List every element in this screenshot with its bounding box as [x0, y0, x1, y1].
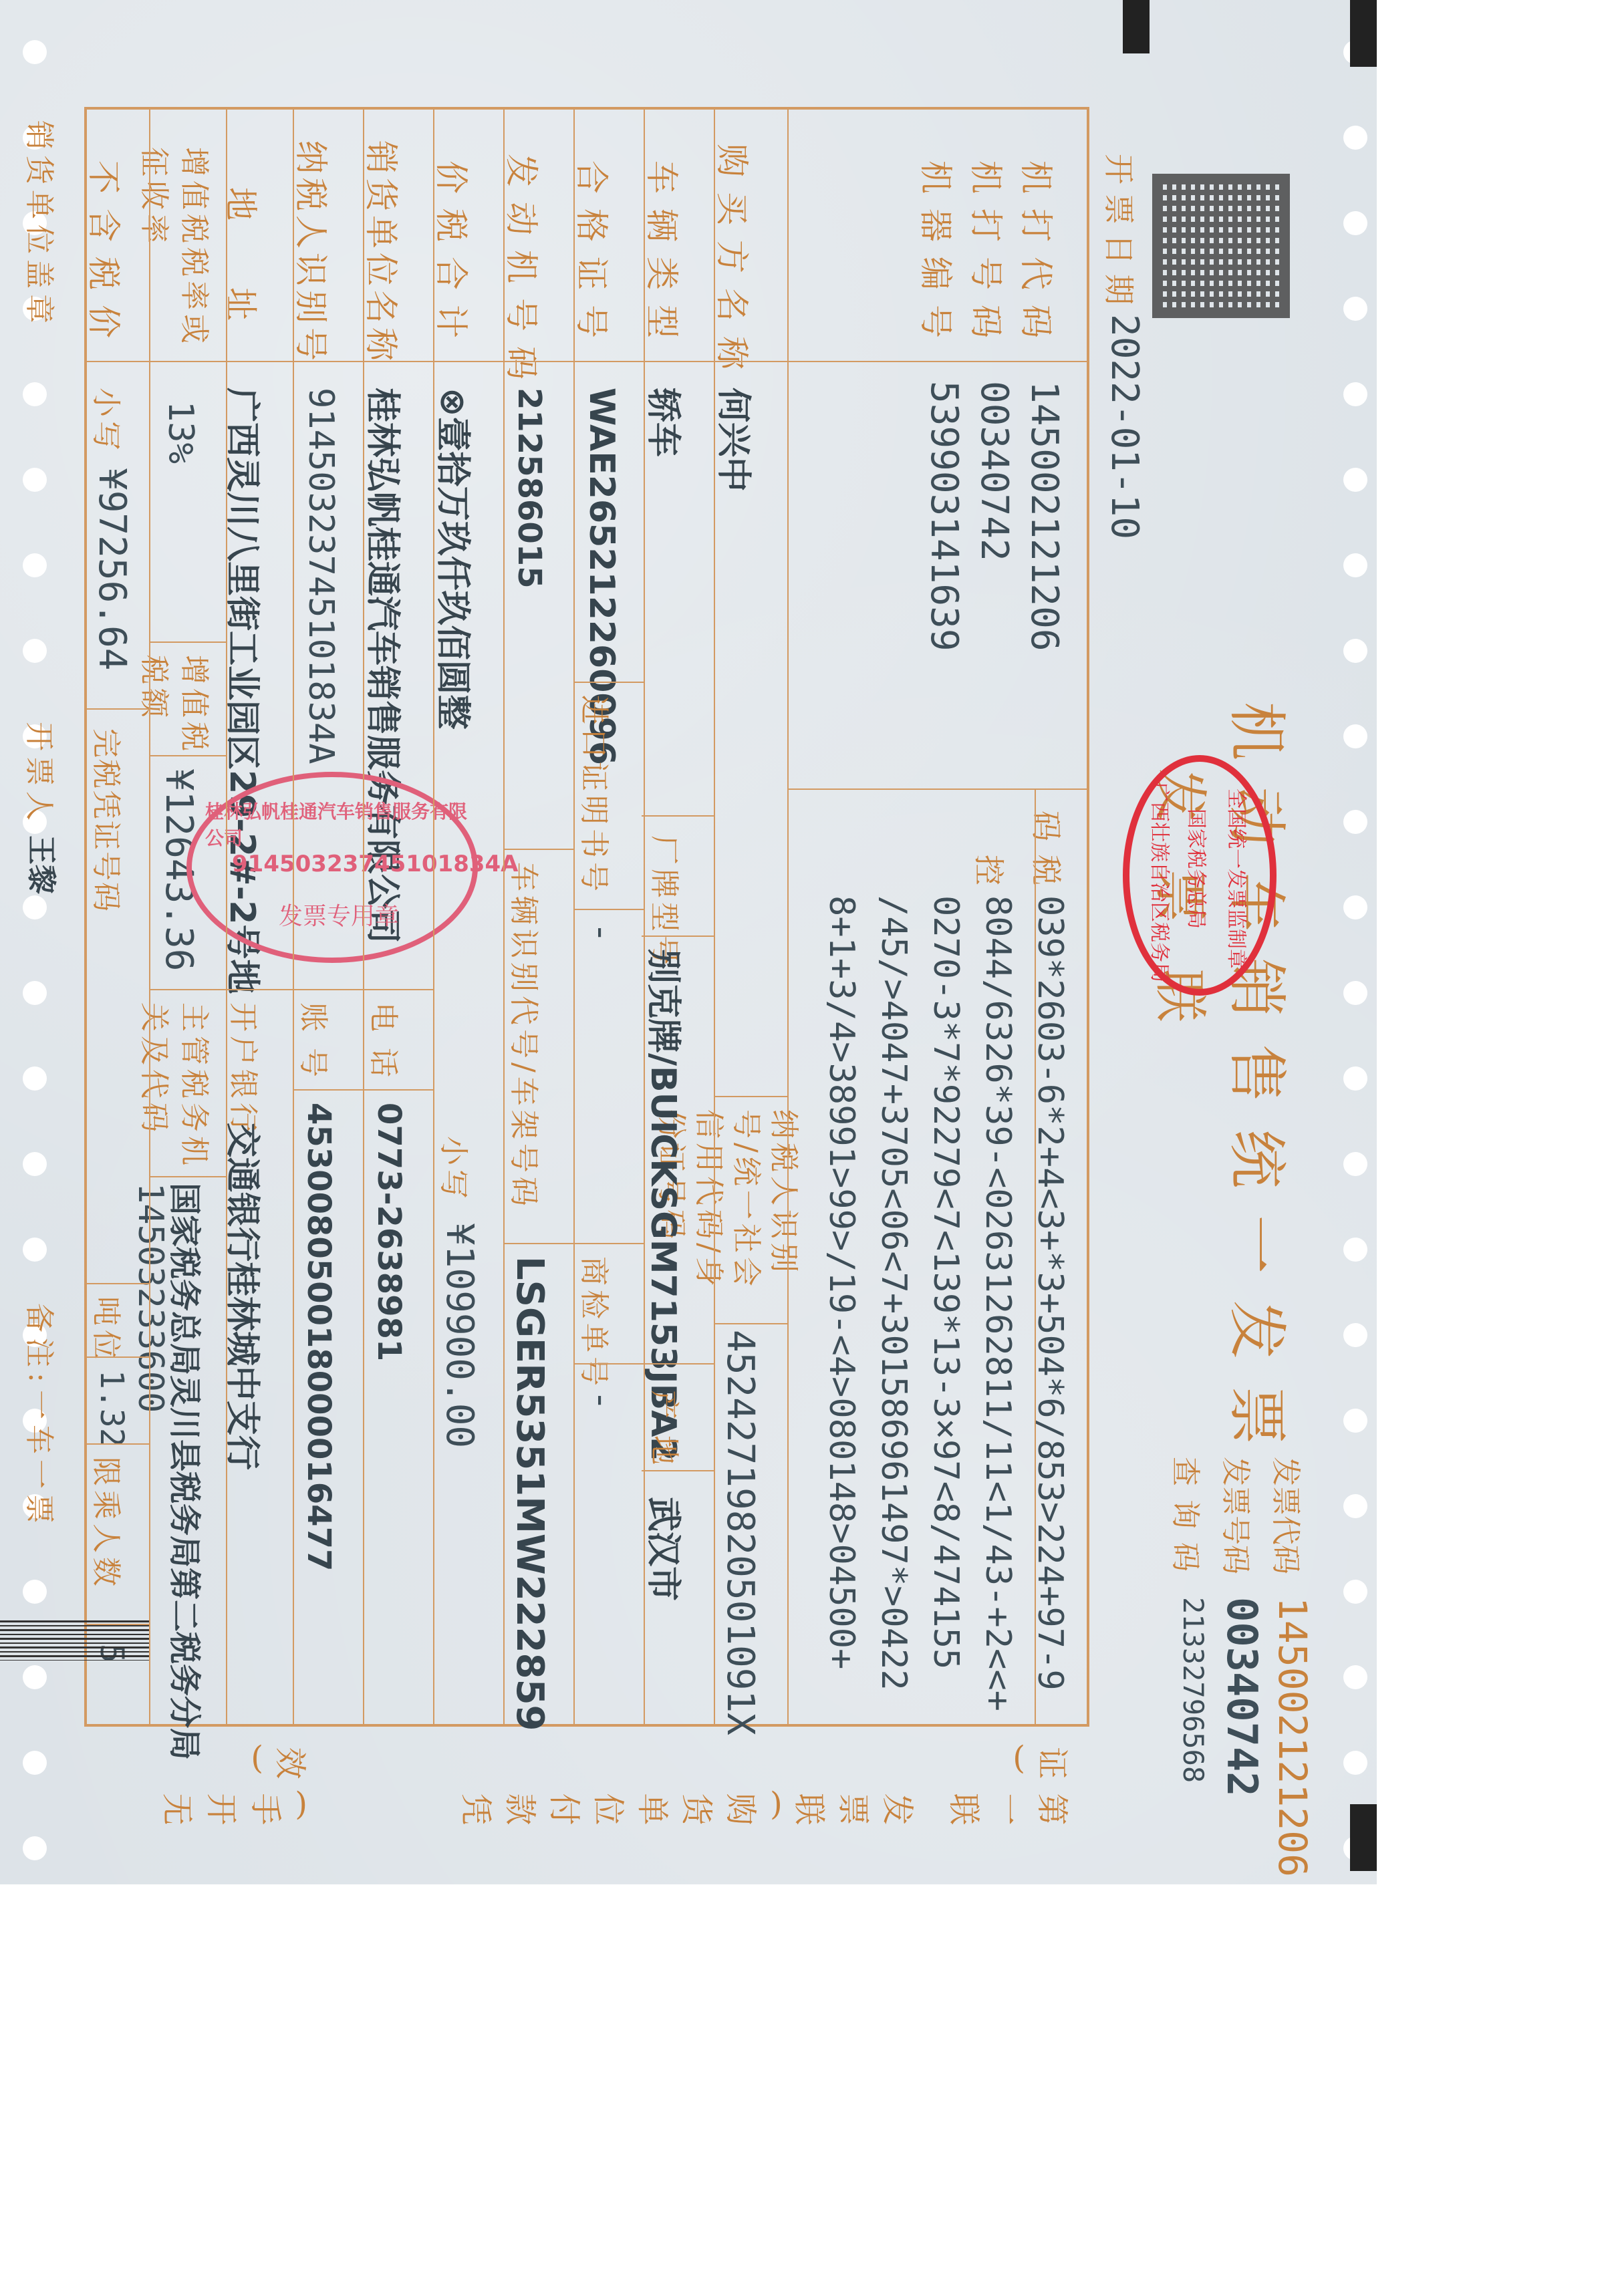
tractor-hole: [23, 1751, 47, 1775]
tractor-hole: [1343, 382, 1367, 406]
grid-line: [575, 682, 645, 683]
authority-code: 14503233600: [130, 1183, 170, 1413]
invoice-code: 145002121206: [1270, 1597, 1315, 1877]
grid-line: [575, 909, 645, 910]
grid-line: [87, 1443, 150, 1445]
tractor-hole: [1343, 297, 1367, 321]
tractor-hole: [23, 468, 47, 492]
buyer-id: 45242719820501091X: [718, 1330, 762, 1735]
form-border-top: [1087, 107, 1089, 1724]
grid-line: [87, 1624, 150, 1625]
machine-number-label: 机打号码: [964, 160, 1013, 353]
tractor-hole: [23, 1152, 47, 1176]
total-small-label: 小写: [435, 1136, 478, 1203]
inspection-label: 商检单号: [575, 1256, 618, 1390]
supervision-stamp: 全国统一发票监制章 国家税务总局 广西壮族自治区税务局: [1123, 755, 1277, 996]
grid-line: [644, 107, 645, 1724]
grid-line: [505, 1243, 575, 1244]
grid-line: [575, 1363, 645, 1365]
grid-line: [150, 989, 434, 990]
grid-line: [87, 708, 150, 710]
tractor-hole: [1343, 1323, 1367, 1347]
inspection-number: -: [581, 1390, 622, 1411]
grid-line: [787, 107, 789, 1724]
tractor-hole: [1343, 1665, 1367, 1689]
buyer-name-label: 购买方名称: [710, 144, 759, 384]
stamp-text-2: 国家税务总局: [1184, 809, 1213, 929]
seller-name-label: 销货单位名称: [360, 140, 408, 365]
tractor-hole: [1343, 895, 1367, 919]
tractor-hole: [23, 1836, 47, 1860]
tax-cert-label: 完税凭证号码: [88, 728, 130, 913]
machine-number: 00340742: [972, 381, 1016, 561]
tractor-hole: [23, 895, 47, 919]
grid-line: [715, 1096, 789, 1097]
total-in-words: ⊗壹拾万玖仟玖佰圆整: [431, 388, 481, 730]
tractor-hole: [1343, 468, 1367, 492]
engine-label: 发动机号码: [500, 154, 548, 394]
grid-line: [149, 107, 150, 1724]
grid-line: [789, 788, 1089, 790]
passengers-label: 限乘人数: [88, 1457, 130, 1590]
seller-account-label: 账号: [295, 1002, 338, 1093]
total-label: 价税合计: [430, 160, 478, 353]
grid-line: [433, 107, 434, 1724]
total-amount: ¥109900.00: [438, 1223, 481, 1448]
vin-label: 车辆识别代号/车架号码: [505, 862, 548, 1210]
device-number: 539903141639: [922, 381, 966, 652]
grid-line: [84, 361, 1089, 362]
copy-info-label: 第一联 发票联(购货单位付款凭证): [401, 1737, 1069, 1830]
grid-line: [714, 107, 715, 1724]
grid-line: [642, 1470, 715, 1471]
tax-rate-label: 增值税税率或征收率: [134, 147, 214, 347]
seller-account: 453008050018000016477: [300, 1103, 338, 1571]
tractor-hole: [1343, 1238, 1367, 1262]
machine-code: 145002121206: [1023, 381, 1066, 652]
issuer-name: 王黎: [23, 835, 65, 894]
seller-seal-label: 销货单位盖章: [21, 120, 63, 329]
grid-line: [363, 107, 364, 1724]
issue-date-label: 开票日期: [1099, 154, 1143, 314]
vin: LSGER5351MW222859: [508, 1256, 551, 1731]
seal-label: 发票专用章: [279, 897, 399, 931]
tractor-hole: [23, 1665, 47, 1689]
remark: 一车一票: [21, 1390, 63, 1529]
grid-line: [642, 815, 715, 817]
import-cert: -: [581, 922, 622, 943]
grid-line: [642, 936, 715, 937]
tractor-hole: [1343, 211, 1367, 235]
query-code-label: 查询码: [1167, 1457, 1210, 1585]
net-small-label: 小写: [88, 388, 130, 454]
barcode: [0, 1620, 150, 1661]
authority-label: 主管税务机关及代码: [134, 1002, 214, 1176]
tractor-hole: [23, 981, 47, 1005]
remark-label: 备注:: [21, 1303, 63, 1388]
invoice-number: 00340742: [1218, 1597, 1266, 1797]
grid-line: [573, 107, 575, 1724]
tax-rate: 13%: [160, 401, 200, 464]
buyer-name: 何兴中: [712, 388, 762, 492]
grid-line: [150, 641, 227, 643]
tractor-holes-top: [1341, 0, 1367, 1884]
handwritten-invalid-label: (手开无效): [94, 1737, 307, 1830]
tractor-hole: [23, 40, 47, 64]
origin: 武汉市: [642, 1497, 692, 1601]
grid-line: [87, 1356, 150, 1358]
seal-company: 桂林弘帆桂通汽车销售服务有限公司: [205, 797, 473, 851]
qr-code: [1152, 174, 1290, 318]
tonnage: 1.32: [93, 1370, 130, 1447]
brand-model: 别克牌/BUICKSGM7153JBA2: [642, 949, 692, 1461]
seller-tax-id-label: 纳税人识别号: [289, 140, 338, 365]
tax-control-label: 税控码: [916, 802, 1063, 890]
tractor-hole: [23, 1066, 47, 1091]
vat-label: 增值税税额: [134, 655, 214, 755]
import-cert-label: 进口证明书号: [575, 695, 618, 895]
seller-phone-label: 电话: [365, 1002, 408, 1093]
tractor-hole: [1343, 724, 1367, 748]
tractor-hole: [23, 1580, 47, 1604]
engine-number: 212586015: [511, 388, 548, 589]
grid-line: [293, 107, 294, 1724]
grid-line: [715, 1323, 789, 1324]
grid-line: [150, 755, 227, 756]
tractor-hole: [23, 1238, 47, 1262]
tractor-hole: [1343, 1409, 1367, 1433]
issue-date: 2022-01-10: [1103, 314, 1146, 539]
stamp-text-1: 全国统一发票监制章: [1224, 788, 1253, 969]
seller-phone: 0773-2638981: [370, 1103, 408, 1361]
grid-line: [294, 1089, 434, 1091]
grid-line: [642, 1363, 715, 1365]
invoice-number-label: 发票号码: [1217, 1457, 1260, 1574]
tractor-hole: [1343, 639, 1367, 663]
net-price-label: 不含税价: [82, 160, 130, 353]
seller-tax-id: 91450323745101834A: [301, 388, 341, 764]
grid-line: [150, 1176, 227, 1177]
tractor-hole: [1343, 1751, 1367, 1775]
seller-bank: 交通银行桂林城中支行: [221, 1123, 271, 1470]
certificate-label: 合格证号: [570, 160, 618, 353]
form-border-right: [84, 1724, 1089, 1727]
grid-line: [1035, 788, 1036, 1724]
machine-code-label: 机打代码: [1015, 160, 1063, 353]
tractor-hole: [1343, 1494, 1367, 1518]
motor-vehicle-invoice: 机动车销售统一发票 发票联 全国统一发票监制章 国家税务总局 广西壮族自治区税务…: [0, 0, 1377, 1884]
vehicle-type-label: 车辆类型: [640, 160, 688, 353]
tractor-hole: [1343, 553, 1367, 577]
tractor-hole: [1343, 126, 1367, 150]
origin-label: 产地: [646, 1390, 688, 1481]
net-price: ¥97256.64: [90, 468, 134, 670]
grid-line: [505, 849, 575, 850]
stamp-text-3: 广西壮族自治区税务局: [1147, 782, 1176, 982]
issuer-label: 开票人: [21, 722, 63, 826]
grid-line: [503, 107, 505, 1724]
tractor-hole: [23, 639, 47, 663]
registration-mark-left: [1350, 0, 1377, 67]
tractor-hole: [1343, 1580, 1367, 1604]
authority-name: 国家税务总局灵川县税务局第二税务分局: [164, 1183, 211, 1760]
form-border-left: [84, 107, 1089, 110]
tax-control-code: 039*2603-6*2+4<3+*3+504*6/853>224+97-9 8…: [815, 895, 1076, 1711]
tractor-hole: [23, 382, 47, 406]
grid-line: [575, 1243, 645, 1244]
seller-bank-label: 开户银行: [225, 1002, 267, 1136]
tractor-hole: [1343, 981, 1367, 1005]
tractor-hole: [1343, 1152, 1367, 1176]
invoice-code-label: 发票代码: [1267, 1457, 1310, 1574]
tractor-hole: [1343, 810, 1367, 834]
device-number-label: 机器编号: [914, 160, 962, 353]
tractor-hole: [23, 553, 47, 577]
tonnage-label: 吨位: [88, 1296, 130, 1363]
seal-tax-id: 91450323745101834A: [232, 851, 519, 877]
query-code: 21332796568: [1177, 1597, 1210, 1783]
grid-line: [87, 1283, 150, 1284]
tractor-hole: [1343, 1066, 1367, 1091]
grid-line: [226, 107, 227, 1724]
vehicle-type: 轿车: [642, 388, 692, 457]
registration-mark-right: [1350, 1804, 1377, 1871]
